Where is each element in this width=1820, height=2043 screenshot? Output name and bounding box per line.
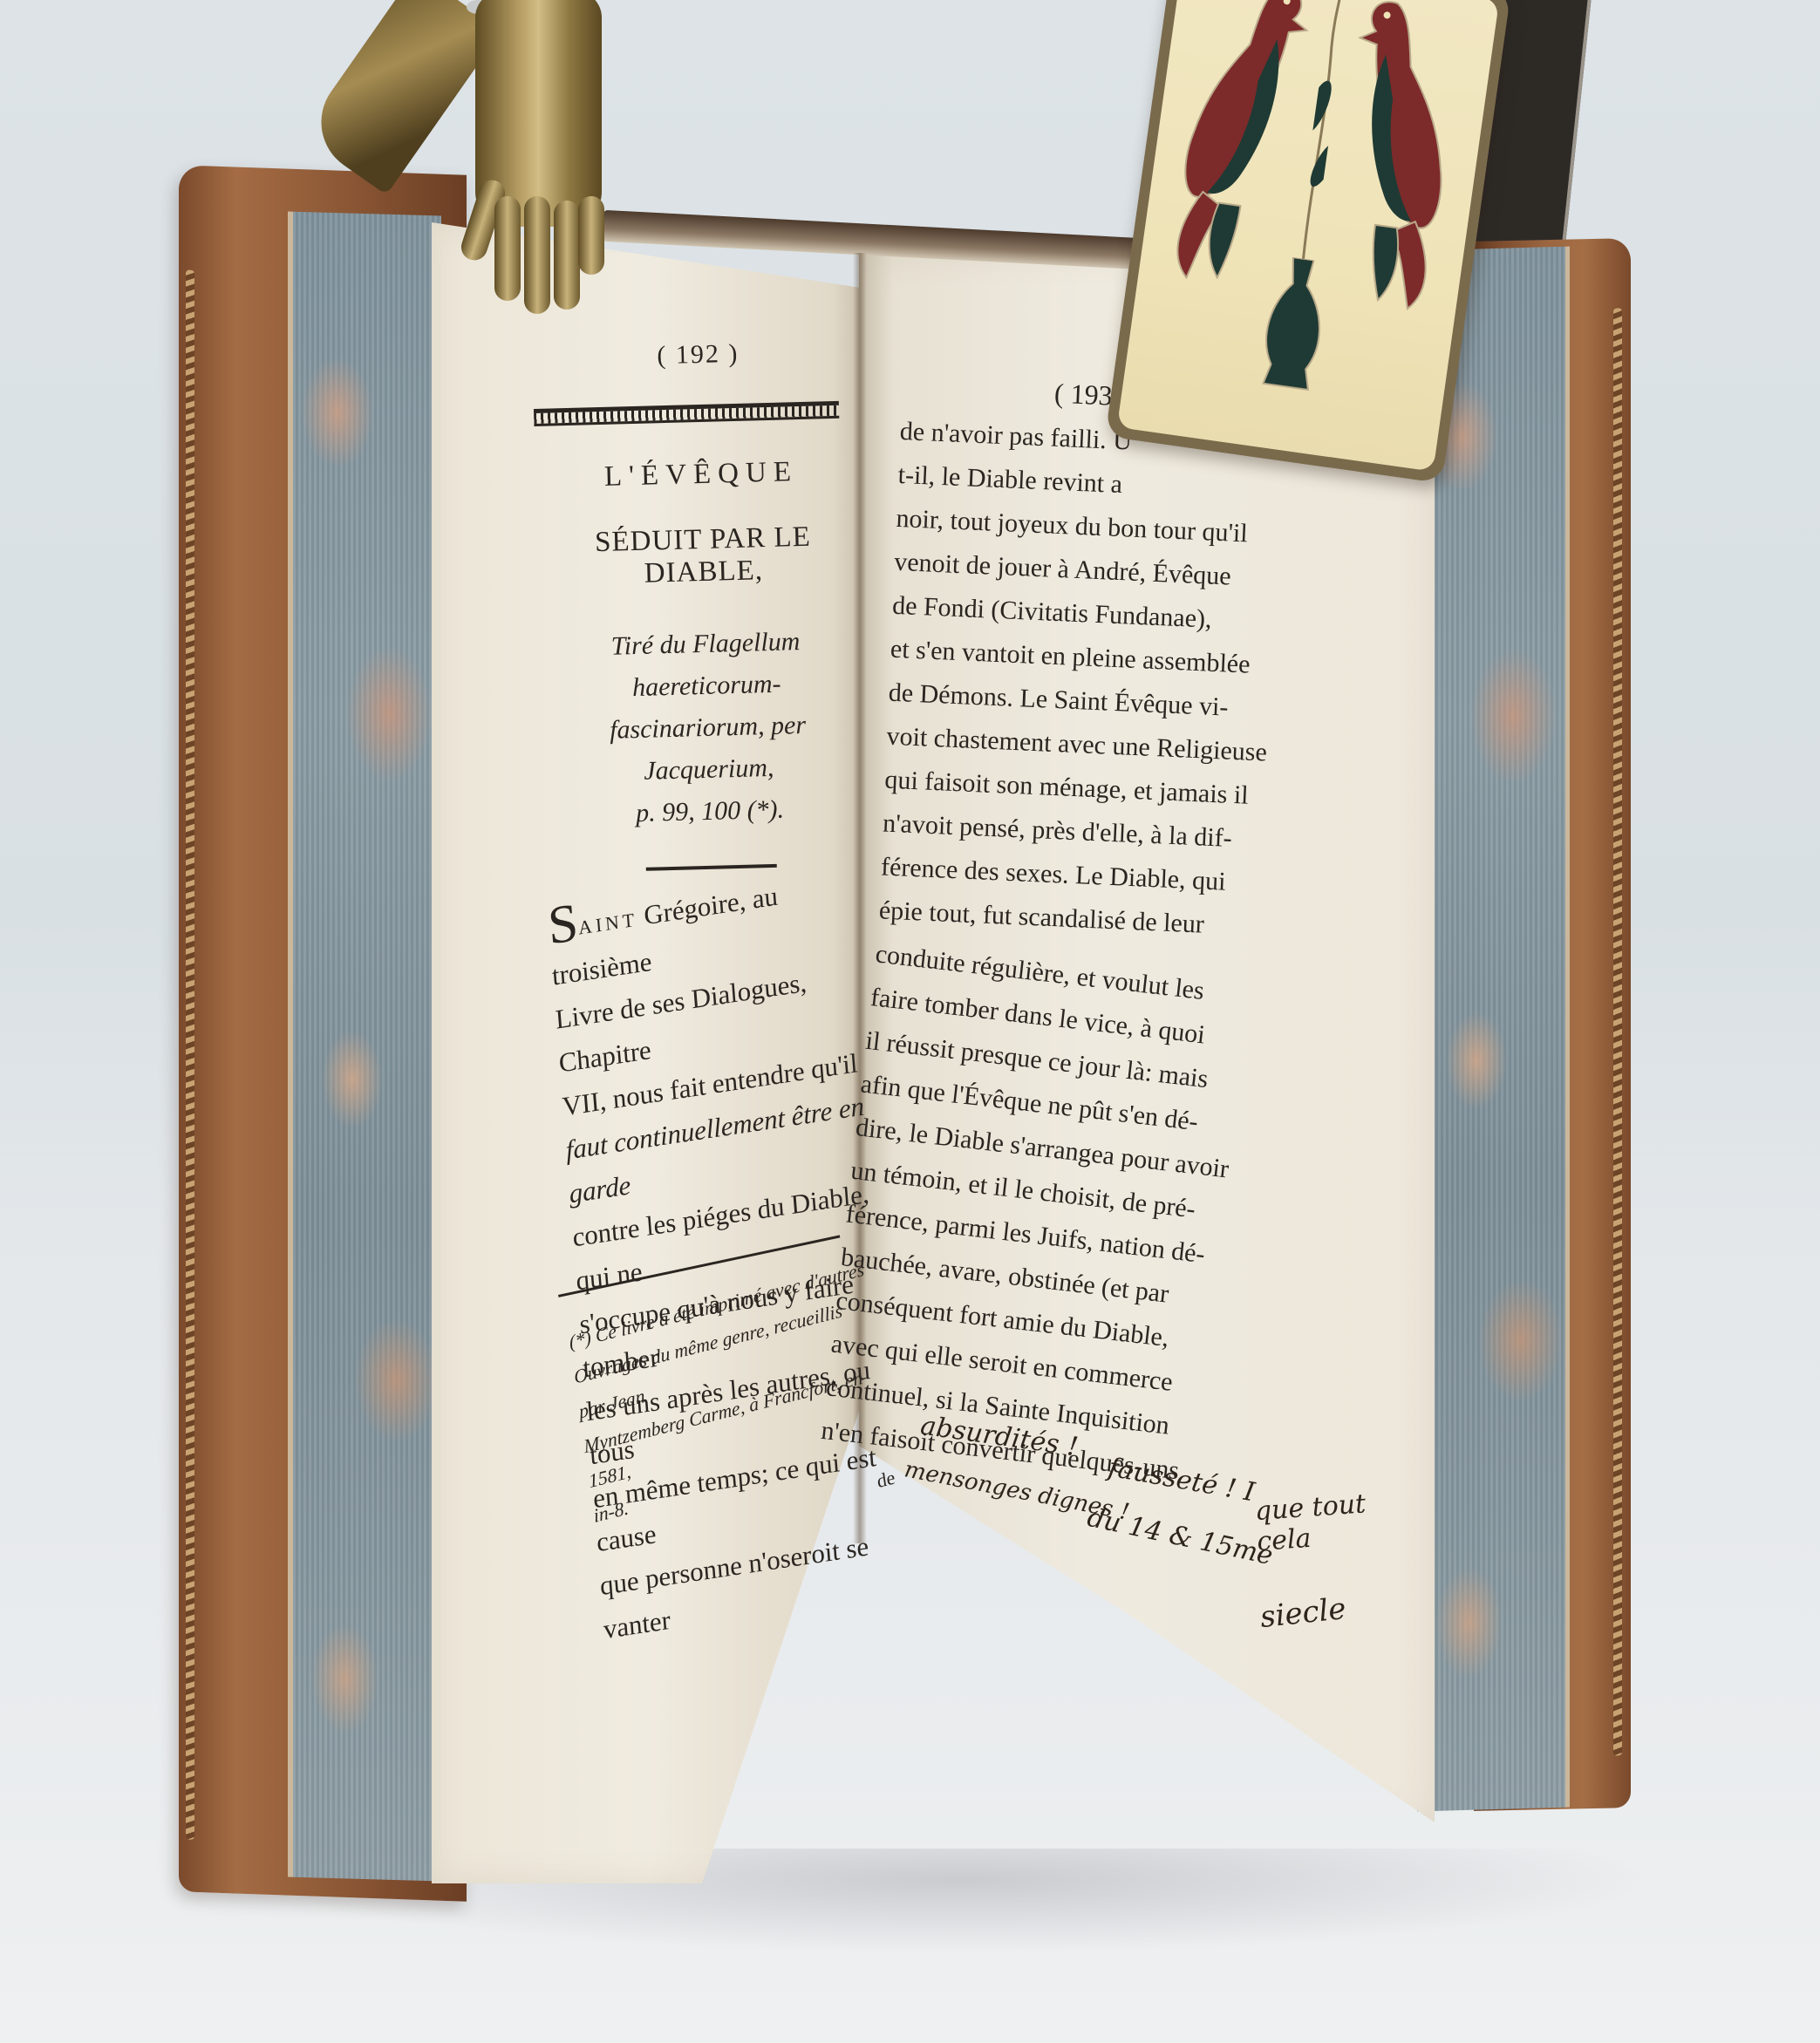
handwriting-line: que tout cela	[1254, 1486, 1410, 1557]
chapter-title-line1: L'ÉVÊQUE	[535, 454, 868, 495]
marbled-edge-left	[288, 212, 441, 1882]
clip-finger	[524, 196, 550, 314]
enamel-bookmark	[1105, 0, 1511, 483]
clip-finger	[554, 201, 580, 310]
right-body-lower: conduite régulière, et voulut les faire …	[819, 932, 1268, 1496]
handwriting-line: siecle	[1258, 1591, 1347, 1635]
section-rule	[646, 864, 777, 871]
clip-finger	[494, 196, 521, 301]
small-caps: AINT	[577, 909, 638, 939]
source-line: p. 99, 100 (*).	[544, 787, 876, 837]
chapter-title-line2: SÉDUIT PAR LE DIABLE,	[537, 520, 870, 593]
drop-cap: S	[546, 893, 580, 957]
right-page-text: ( 193 ) de n'avoir pas failli. U t-il, l…	[855, 371, 1295, 1472]
marbled-edge-right	[1417, 247, 1570, 1812]
brass-hand-clip-icon	[475, 0, 602, 227]
brass-clip-arm	[301, 0, 501, 195]
right-body-text: de n'avoir pas failli. U t-il, le Diable…	[855, 410, 1293, 1472]
source-citation: Tiré du Flagellum haereticorum- fascinar…	[540, 619, 876, 837]
ornamental-rule	[534, 401, 839, 426]
source-line: fascinariorum, per Jacquerium,	[542, 703, 875, 795]
cover-tooling-right	[1613, 308, 1622, 1755]
cover-tooling-left	[186, 270, 194, 1840]
source-line: Tiré du Flagellum haereticorum-	[540, 619, 873, 712]
clip-finger	[578, 196, 604, 275]
handwritten-annotation: absurdités ! fausseté ! I mensonges dign…	[920, 1421, 1408, 1674]
handwriting-line: du 14 & 15me	[1085, 1502, 1276, 1571]
bookmark-enamel-panel	[1117, 0, 1499, 472]
